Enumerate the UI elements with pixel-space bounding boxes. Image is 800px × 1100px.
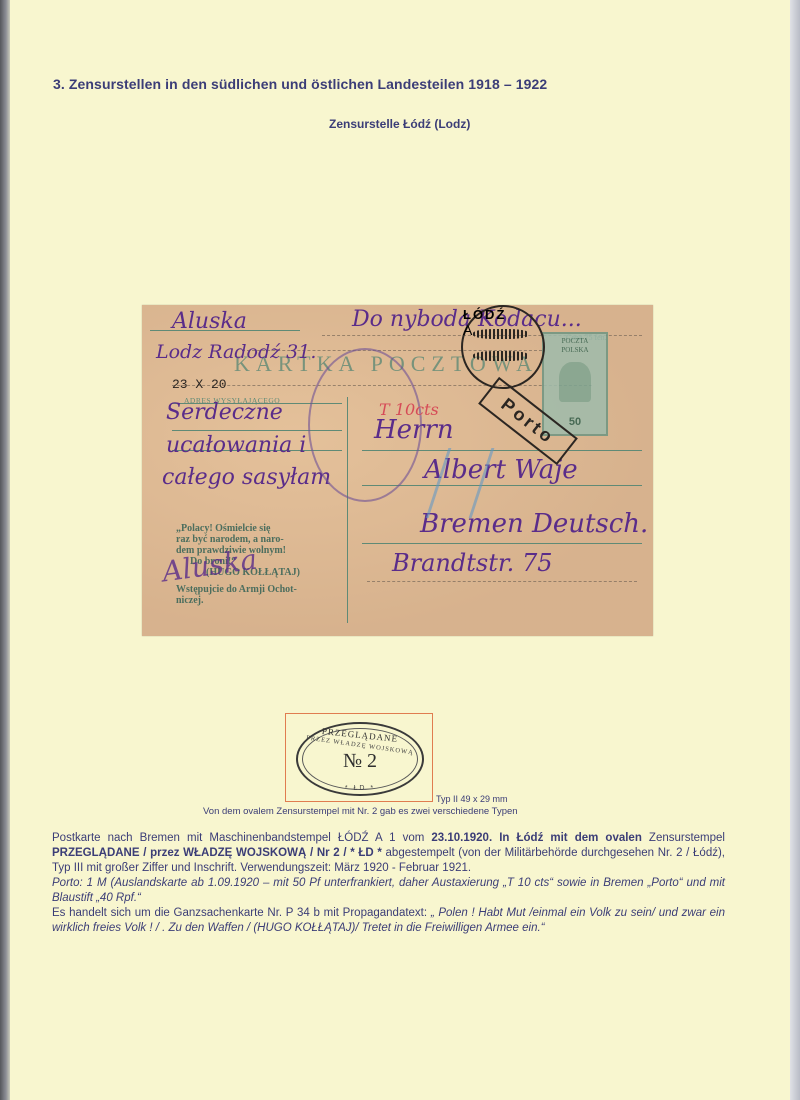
recipient-rule bbox=[362, 543, 642, 544]
recipient-rule bbox=[362, 485, 642, 486]
handwritten-message: ucałowania i bbox=[166, 433, 306, 458]
handwritten-message: Serdeczne bbox=[166, 400, 283, 425]
handwritten-sender: Lodz Radodź 31. bbox=[156, 341, 316, 363]
description-paragraph-3: Es handelt sich um die Ganzsachenkarte N… bbox=[52, 906, 725, 936]
handwritten-recipient: Brandtstr. 75 bbox=[392, 549, 552, 577]
stamp-caption: Von dem ovalem Zensurstempel mit Nr. 2 g… bbox=[203, 806, 518, 817]
scan-edge-right bbox=[790, 0, 800, 1100]
handwritten-sender: Aluska bbox=[172, 309, 247, 334]
description-paragraph-2: Porto: 1 M (Auslandskarte ab 1.09.1920 –… bbox=[52, 876, 725, 906]
scan-edge-left bbox=[0, 0, 10, 1100]
eagle-emblem-icon bbox=[559, 362, 591, 402]
page-heading: 3. Zensurstellen in den südlichen und ös… bbox=[53, 76, 547, 92]
censor-oval-stamp bbox=[308, 348, 422, 502]
machine-date: 23 X 20 bbox=[172, 377, 227, 392]
censor-stamp-illustration: PRZEGLĄDANE PRZEZ WŁADZĘ WOJSKOWĄ № 2 * … bbox=[285, 713, 433, 802]
oval-censor-stamp: PRZEGLĄDANE PRZEZ WŁADZĘ WOJSKOWĄ № 2 * … bbox=[296, 722, 424, 796]
tax-mark-red: T 10cts bbox=[379, 400, 439, 419]
recipient-rule bbox=[367, 581, 637, 582]
description-paragraph-1: Postkarte nach Bremen mit Maschinenbands… bbox=[52, 831, 725, 876]
page-subheading: Zensurstelle Łódź (Lodz) bbox=[329, 117, 470, 131]
stamp-type-label: Typ II 49 x 29 mm bbox=[436, 794, 508, 804]
handwritten-message: całego sasyłam bbox=[162, 465, 331, 490]
lodz-postmark: ŁÓDŹ A bbox=[461, 305, 545, 389]
description-text: Postkarte nach Bremen mit Maschinenbands… bbox=[52, 831, 725, 936]
